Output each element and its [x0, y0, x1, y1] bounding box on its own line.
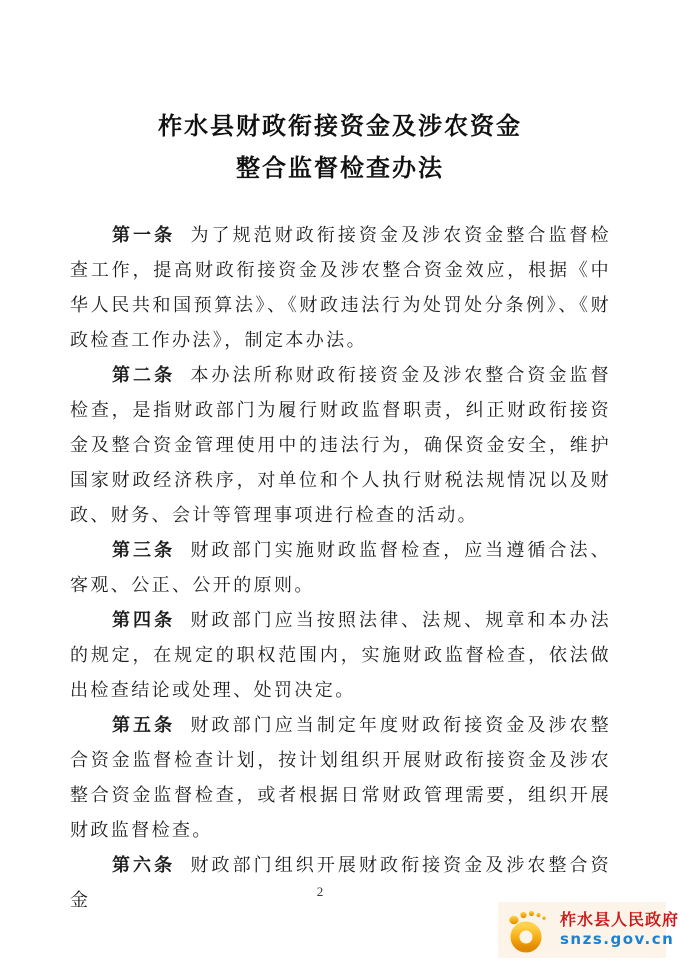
- article-label: 第三条: [112, 540, 175, 560]
- article-label: 第二条: [112, 365, 175, 385]
- government-domain: snzs.gov.cn: [560, 931, 679, 948]
- article-paragraph: 第五条财政部门应当制定年度财政衔接资金及涉农整合资金监督检查计划，按计划组织开展…: [70, 708, 611, 848]
- footprint-icon: [506, 907, 552, 953]
- article-label: 第四条: [112, 610, 175, 630]
- document-title-line1: 柞水县财政衔接资金及涉农资金: [0, 106, 680, 148]
- document-title-line2: 整合监督检查办法: [0, 148, 680, 190]
- article-paragraph: 第二条本办法所称财政衔接资金及涉农整合资金监督检查，是指财政部门为履行财政监督职…: [70, 358, 611, 533]
- article-label: 第六条: [112, 855, 175, 875]
- government-logo-badge: 柞水县人民政府 snzs.gov.cn: [498, 902, 666, 958]
- article-paragraph: 第四条财政部门应当按照法律、法规、规章和本办法的规定，在规定的职权范围内，实施财…: [70, 603, 611, 708]
- article-paragraph: 第三条财政部门实施财政监督检查，应当遵循合法、客观、公正、公开的原则。: [70, 533, 611, 603]
- article-label: 第一条: [112, 225, 175, 245]
- article-paragraph: 第一条为了规范财政衔接资金及涉农资金整合监督检查工作，提高财政衔接资金及涉农整合…: [70, 218, 611, 358]
- document-title: 柞水县财政衔接资金及涉农资金 整合监督检查办法: [0, 106, 680, 190]
- article-label: 第五条: [112, 715, 175, 735]
- page-number: 2: [0, 884, 640, 900]
- government-logo-text: 柞水县人民政府 snzs.gov.cn: [560, 912, 679, 948]
- document-page: 柞水县财政衔接资金及涉农资金 整合监督检查办法 第一条为了规范财政衔接资金及涉农…: [0, 0, 680, 962]
- document-body: 第一条为了规范财政衔接资金及涉农资金整合监督检查工作，提高财政衔接资金及涉农整合…: [70, 218, 611, 918]
- article-text: 本办法所称财政衔接资金及涉农整合资金监督检查，是指财政部门为履行财政监督职责，纠…: [70, 365, 611, 525]
- government-name: 柞水县人民政府: [560, 912, 679, 930]
